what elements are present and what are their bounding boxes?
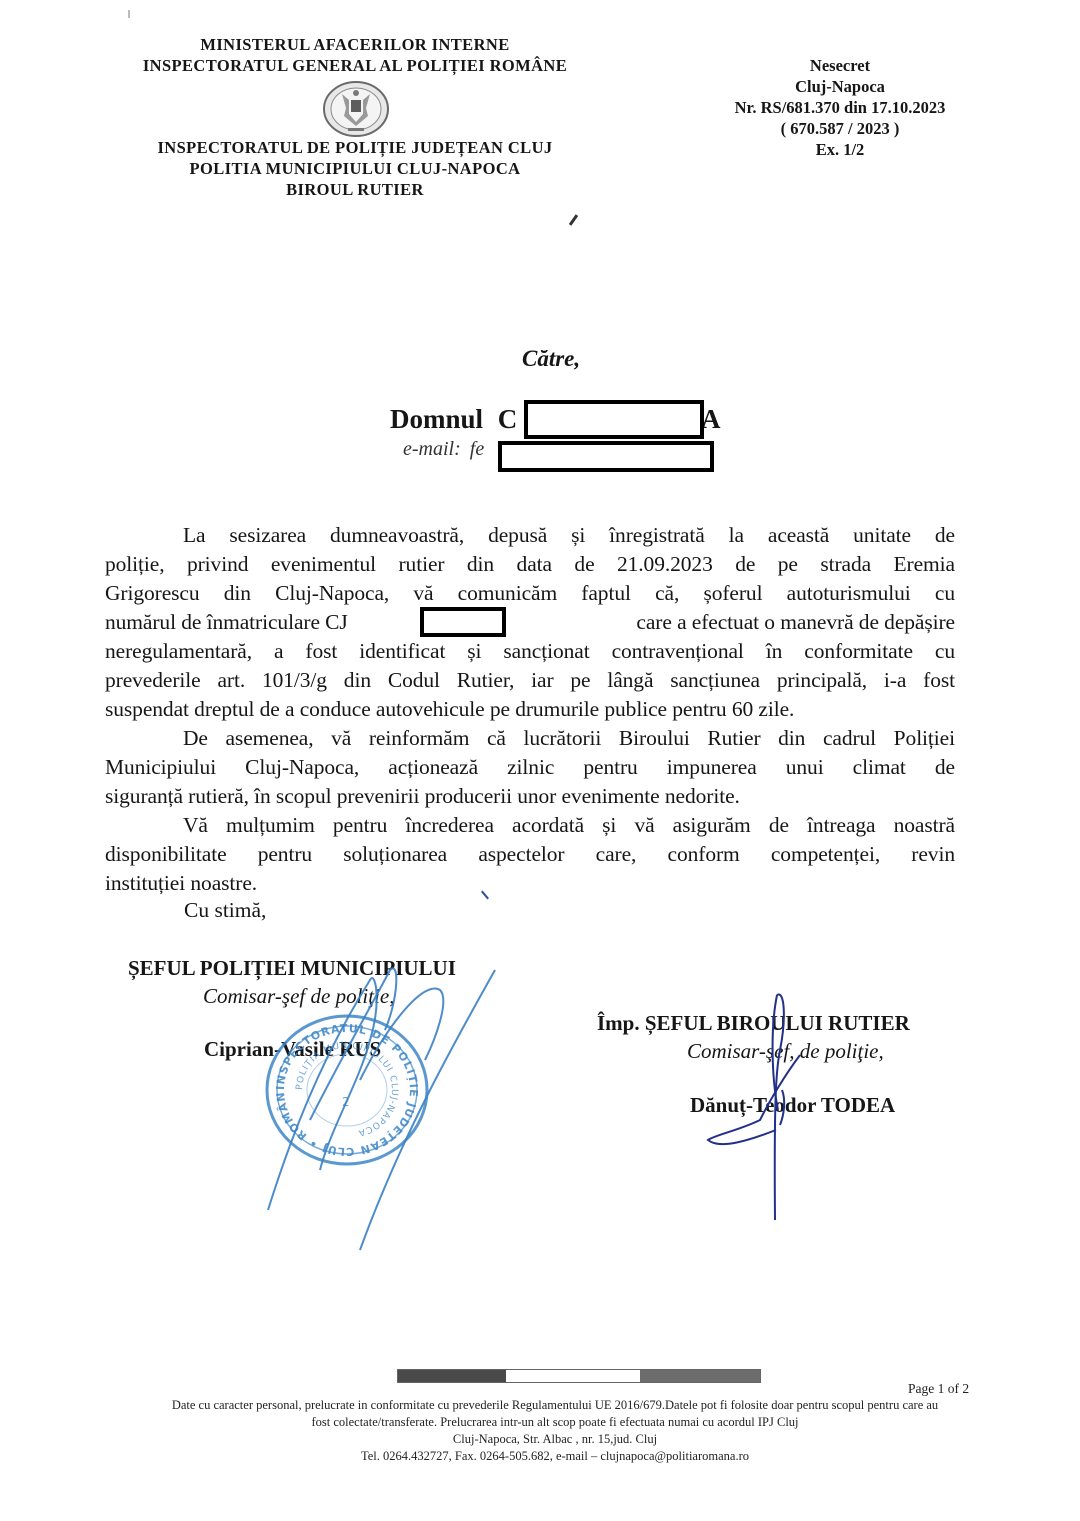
body-paragraph-3: Vă mulțumim pentru încrederea acordată ș… (105, 811, 955, 898)
paragraph-line: Vă mulțumim pentru încrederea acordată ș… (105, 811, 955, 840)
document-reference-block: Nesecret Cluj-Napoca Nr. RS/681.370 din … (700, 55, 980, 160)
footer-contact: Tel. 0264.432727, Fax. 0264-505.682, e-m… (80, 1448, 1030, 1465)
header-traffic-bureau: BIROUL RUTIER (110, 179, 600, 200)
header-institution-top: MINISTERUL AFACERILOR INTERNE INSPECTORA… (110, 34, 600, 76)
internal-number: ( 670.587 / 2023 ) (700, 118, 980, 139)
page-indicator: Page 1 of 2 (908, 1381, 969, 1397)
paragraph-line: poliție, privind evenimentul rutier din … (105, 550, 955, 579)
reference-city: Cluj-Napoca (700, 76, 980, 97)
footer-gdpr-line-1: Date cu caracter personal, prelucrate in… (80, 1397, 1030, 1414)
salutation: Către, (522, 346, 580, 372)
plate-line-after: care a efectuat o manevră de depășire (636, 608, 955, 637)
email-visible-start: fe (470, 438, 484, 460)
left-handwritten-signature-icon (250, 960, 510, 1260)
redacted-plate-box (420, 607, 506, 637)
paragraph-line: disponibilitate pentru soluționarea aspe… (105, 840, 955, 869)
redacted-name-box (524, 400, 704, 439)
footer-address: Cluj-Napoca, Str. Albac , nr. 15,jud. Cl… (80, 1431, 1030, 1448)
closing-greeting: Cu stimă, (184, 898, 266, 923)
paragraph-line: neregulamentară, a fost identificat și s… (105, 637, 955, 666)
email-label: e-mail: (403, 438, 461, 460)
addressee-email: e-mail: fe (403, 438, 484, 461)
plate-line-before: numărul de înmatriculare CJ (105, 610, 348, 634)
footer-legal-notice: Date cu caracter personal, prelucrate in… (80, 1397, 1030, 1465)
paragraph-line: instituției noastre. (105, 869, 955, 898)
header-general-inspectorate: INSPECTORATUL GENERAL AL POLIȚIEI ROMÂNE (110, 55, 600, 76)
classification-label: Nesecret (700, 55, 980, 76)
header-municipal-police: POLITIA MUNICIPIULUI CLUJ-NAPOCA (110, 158, 600, 179)
paragraph-line: suspendat dreptul de a conduce autovehic… (105, 695, 955, 724)
paragraph-line: prevederile art. 101/3/g din Codul Rutie… (105, 666, 955, 695)
scan-mark (569, 214, 578, 226)
body-paragraph-1: La sesizarea dumneavoastră, depusă și în… (105, 521, 955, 724)
scan-mark (128, 10, 130, 18)
paragraph-line-plate: numărul de înmatriculare CJ care a efect… (105, 608, 955, 637)
header-institution-bottom: INSPECTORATUL DE POLIȚIE JUDEȚEAN CLUJ P… (110, 137, 600, 200)
header-county-inspectorate: INSPECTORATUL DE POLIȚIE JUDEȚEAN CLUJ (110, 137, 600, 158)
paragraph-line: Grigorescu din Cluj-Napoca, vă comunicăm… (105, 579, 955, 608)
addressee-name-start: C (498, 404, 518, 434)
copy-number: Ex. 1/2 (700, 139, 980, 160)
paragraph-line: siguranță rutieră, în scopul prevenirii … (105, 782, 955, 811)
body-paragraph-2: De asemenea, vă reinformăm că lucrătorii… (105, 724, 955, 811)
addressee-name: Domnul C (390, 404, 517, 435)
right-handwritten-signature-icon (700, 990, 820, 1220)
paragraph-line: De asemenea, vă reinformăm că lucrătorii… (105, 724, 955, 753)
paragraph-line: La sesizarea dumneavoastră, depusă și în… (105, 521, 955, 550)
addressee-prefix: Domnul (390, 404, 483, 434)
police-seal-logo-icon (322, 80, 390, 138)
header-ministry: MINISTERUL AFACERILOR INTERNE (110, 34, 600, 55)
redacted-email-box (498, 441, 714, 472)
footer-gdpr-line-2: fost colectate/transferate. Prelucrarea … (80, 1414, 1030, 1431)
registration-number: Nr. RS/681.370 din 17.10.2023 (700, 97, 980, 118)
paragraph-line: Municipiului Cluj-Napoca, acționează zil… (105, 753, 955, 782)
footer-barcode-strip (397, 1369, 761, 1383)
